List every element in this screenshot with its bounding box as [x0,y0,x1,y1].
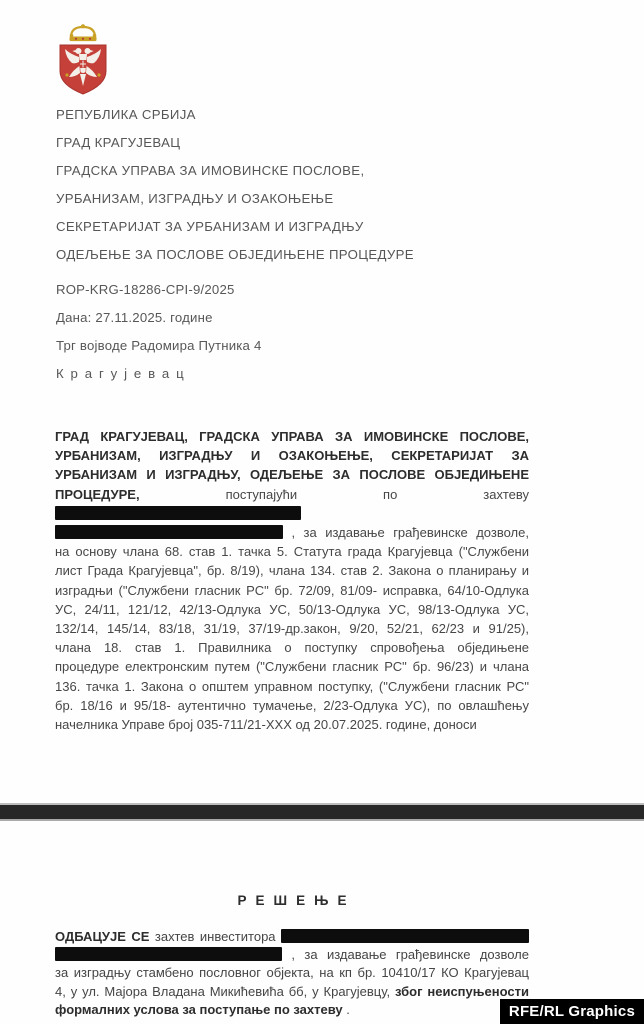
text-line: ПРОЦЕДУРЕ, поступајући по захтеву [55,485,529,523]
rferl-graphics-watermark: RFE/RL Graphics [500,999,644,1024]
text-line: , за издавање грађевинске дозволе [55,946,529,964]
intro-paragraph: ГРАД КРАГУЈЕВАЦ, ГРАДСКА УПРАВА ЗА ИМОВИ… [55,427,529,734]
case-meta: ROP-KRG-18286-CPI-9/2025 Дана: 27.11.202… [56,276,536,388]
text-run: лист Града Крагујевца", бр. 8/19), члана… [55,563,529,578]
crown-icon [70,24,97,41]
text-line: на основу члана 68. став 1. тачка 5. Ста… [55,542,529,561]
redaction-bar [281,929,529,943]
text-run: , за издавање грађевинске дозволе, [291,525,529,540]
decision-heading: РЕШЕЊЕ [55,893,529,908]
letterhead-line-administration-2: УРБАНИЗАМ, ИЗГРАДЊУ И ОЗАКОЊЕЊЕ [56,185,536,213]
text-line: за изградњу стамбено пословног објекта, … [55,964,529,982]
text-line: ОДБАЦУЈЕ СЕ захтев инвеститора [55,928,529,946]
letterhead-line-secretariat: СЕКРЕТАРИЈАТ ЗА УРБАНИЗАМ И ИЗГРАДЊУ [56,213,536,241]
text-run: 132/14, 145/14, 83/18, 31/19, 37/19-др.з… [55,621,529,636]
text-run: захтев инвеститора [155,929,281,944]
text-run: УРБАНИЗАМ И ИЗГРАДЊУ, ОДЕЉЕЊЕ ЗА ПОСЛОВЕ… [55,467,529,482]
text-run: на основу члана 68. став 1. тачка 5. Ста… [55,544,529,559]
text-line: 4, у ул. Мајора Владана Микићевића бб, у… [55,983,529,1001]
letterhead-line-department: ОДЕЉЕЊЕ ЗА ПОСЛОВЕ ОБЈЕДИЊЕНЕ ПРОЦЕДУРЕ [56,241,536,269]
text-run: 4, у ул. Мајора Владана Микићевића бб, у… [55,984,395,999]
letterhead-line-republic: РЕПУБЛИКА СРБИЈА [56,101,536,129]
date-line: Дана: 27.11.2025. године [56,304,536,332]
text-line: УРБАНИЗАМ И ИЗГРАДЊУ, ОДЕЉЕЊЕ ЗА ПОСЛОВЕ… [55,465,529,484]
text-line: изградњи ("Службени гласник РС" бр. 72/0… [55,581,529,600]
text-line: , за издавање грађевинске дозволе, [55,523,529,542]
decision-paragraph: ОДБАЦУЈЕ СЕ захтев инвеститора , за изда… [55,928,529,1019]
text-run: због неиспуњености [395,984,529,999]
text-run: бр. 18/16 и 95/18- аутентично тумачење, … [55,698,529,713]
text-run: члана 18. став 1. Правилника о поступку … [55,640,529,655]
text-run: УРБАНИЗАМ, ИЗГРАДЊУ И ОЗАКОЊЕЊЕ, СЕКРЕТА… [55,448,529,463]
redaction-bar [55,506,301,520]
text-line: ГРАД КРАГУЈЕВАЦ, ГРАДСКА УПРАВА ЗА ИМОВИ… [55,427,529,446]
text-run: формалних услова за поступање по захтеву [55,1002,343,1017]
text-line: 136. тачка 1. Закона о општем управном п… [55,677,529,696]
case-number: ROP-KRG-18286-CPI-9/2025 [56,276,536,304]
text-line: лист Града Крагујевца", бр. 8/19), члана… [55,561,529,580]
text-run: начелника Управе број 035-711/21-XXX од … [55,717,477,732]
page-break-bar [0,803,644,821]
text-line: члана 18. став 1. Правилника о поступку … [55,638,529,657]
text-run: изградњи ("Службени гласник РС" бр. 72/0… [55,583,529,598]
serbia-coat-of-arms-icon [57,23,109,96]
text-line: УС, 24/11, 121/12, 42/13-Одлука УС, 50/1… [55,600,529,619]
text-run: ОДБАЦУЈЕ СЕ [55,929,149,944]
address-line: Трг војводе Радомира Путника 4 [56,332,536,360]
text-line: 132/14, 145/14, 83/18, 31/19, 37/19-др.з… [55,619,529,638]
text-run: , за издавање грађевинске дозволе [291,947,529,962]
text-run: ПРОЦЕДУРЕ, [55,487,140,502]
text-run: 136. тачка 1. Закона о општем управном п… [55,679,529,694]
letterhead-line-administration-1: ГРАДСКА УПРАВА ЗА ИМОВИНСКЕ ПОСЛОВЕ, [56,157,536,185]
text-run: УС, 24/11, 121/12, 42/13-Одлука УС, 50/1… [55,602,529,617]
letterhead: РЕПУБЛИКА СРБИЈА ГРАД КРАГУЈЕВАЦ ГРАДСКА… [56,101,536,269]
text-run: за изградњу стамбено пословног објекта, … [55,965,529,980]
text-run: процедуре електронским путем ("Службени … [55,659,529,674]
letterhead-line-city: ГРАД КРАГУЈЕВАЦ [56,129,536,157]
scanned-document: РЕПУБЛИКА СРБИЈА ГРАД КРАГУЈЕВАЦ ГРАДСКА… [0,0,644,1024]
text-run: ГРАД КРАГУЈЕВАЦ, ГРАДСКА УПРАВА ЗА ИМОВИ… [55,429,529,444]
text-line: формалних услова за поступање по захтеву… [55,1001,529,1019]
text-line: процедуре електронским путем ("Службени … [55,657,529,676]
redaction-bar [55,947,282,961]
city-line: К р а г у ј е в а ц [56,360,536,388]
text-line: бр. 18/16 и 95/18- аутентично тумачење, … [55,696,529,715]
text-run: поступајући по захтеву [226,487,529,502]
text-run: . [346,1002,350,1017]
redaction-bar [55,525,283,539]
text-line: УРБАНИЗАМ, ИЗГРАДЊУ И ОЗАКОЊЕЊЕ, СЕКРЕТА… [55,446,529,465]
text-line: начелника Управе број 035-711/21-XXX од … [55,715,529,734]
